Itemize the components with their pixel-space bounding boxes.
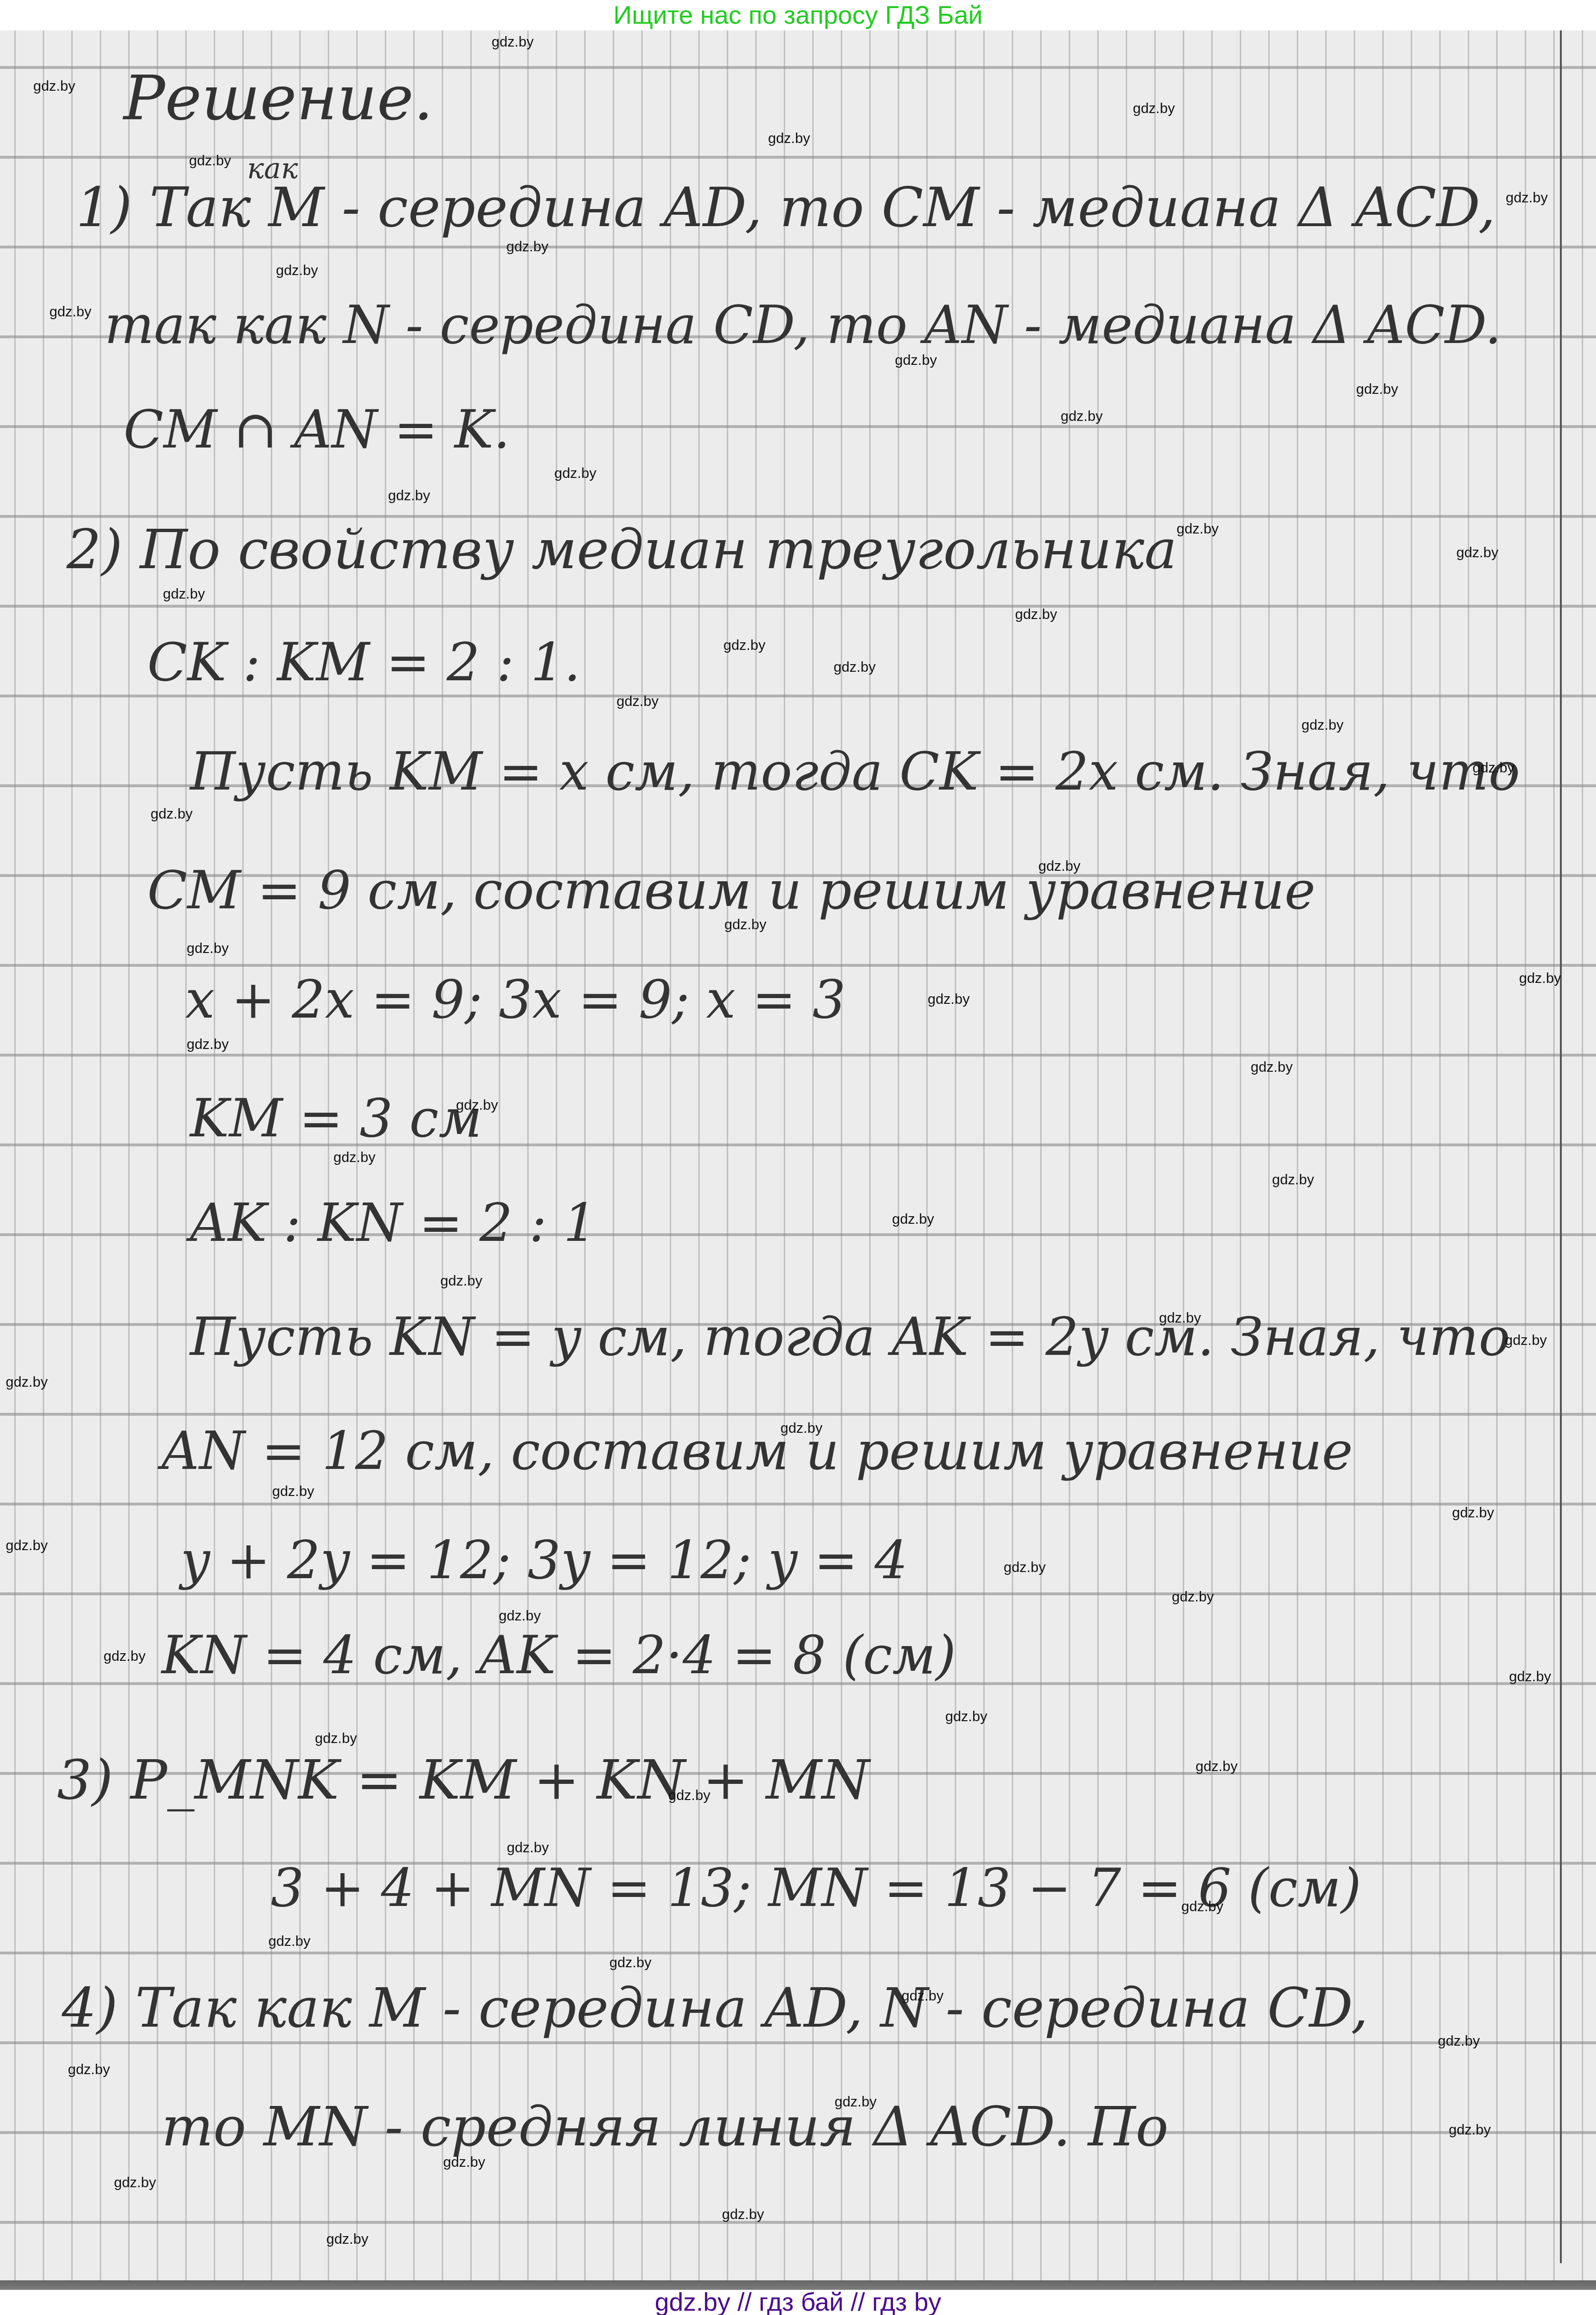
watermark: gdz.by [1452, 1505, 1494, 1521]
solution-line: KN = 4 см, AK = 2·4 = 8 (см) [161, 1625, 956, 1686]
solution-line: 4) Так как M - середина AD, N - середина… [62, 1976, 1368, 2040]
watermark: gdz.by [1456, 545, 1498, 561]
watermark: gdz.by [1015, 607, 1057, 623]
watermark: gdz.by [834, 659, 875, 676]
solution-line: Пусть KN = y см, тогда AK = 2y см. Зная,… [190, 1306, 1510, 1367]
watermark: gdz.by [902, 1988, 943, 2004]
watermark: gdz.by [6, 1374, 47, 1391]
watermark: gdz.by [315, 1731, 357, 1747]
watermark: gdz.by [276, 263, 318, 279]
watermark: gdz.by [33, 78, 75, 95]
watermark: gdz.by [1506, 190, 1548, 206]
watermark: gdz.by [668, 1788, 710, 1804]
watermark: gdz.by [1181, 1899, 1223, 1915]
watermark: gdz.by [1177, 521, 1218, 537]
watermark: gdz.by [609, 1955, 651, 1971]
watermark: gdz.by [1038, 858, 1080, 875]
watermark: gdz.by [1061, 409, 1102, 425]
watermark: gdz.by [492, 34, 533, 50]
watermark: gdz.by [456, 1097, 498, 1114]
solution-line: Пусть KM = x см, тогда CK = 2x см. Зная,… [190, 741, 1520, 802]
solution-title: Решение. [123, 62, 433, 134]
watermark: gdz.by [499, 1608, 541, 1624]
watermark: gdz.by [114, 2175, 156, 2191]
watermark: gdz.by [163, 586, 205, 602]
watermark: gdz.by [1196, 1759, 1237, 1775]
solution-line: AN = 12 см, составим и решим уравнение [161, 1420, 1353, 1481]
solution-line: так как N - середина CD, то AN - медиана… [104, 295, 1501, 355]
watermark: gdz.by [1004, 1560, 1045, 1576]
watermark: gdz.by [1472, 760, 1514, 776]
watermark: gdz.by [768, 131, 810, 147]
watermark: gdz.by [68, 2062, 110, 2078]
watermark: gdz.by [1449, 2122, 1491, 2138]
watermark: gdz.by [892, 1211, 934, 1228]
watermark: gdz.by [835, 2094, 876, 2110]
watermark: gdz.by [945, 1709, 987, 1725]
watermark: gdz.by [443, 2154, 485, 2171]
watermark: gdz.by [617, 694, 658, 710]
watermark: gdz.by [1251, 1059, 1292, 1076]
solution-line: 1) Так M - середина AD, то CM - медиана … [76, 176, 1496, 239]
watermark: gdz.by [388, 488, 430, 504]
watermark: gdz.by [1519, 971, 1561, 987]
watermark: gdz.by [1438, 2033, 1480, 2049]
watermark: gdz.by [268, 1934, 310, 1950]
top-banner: Ищите нас по запросу ГДЗ Бай [0, 0, 1596, 30]
solution-line: CM ∩ AN = K. [123, 399, 510, 460]
solution-line: 2) По свойству медиан треугольника [66, 518, 1177, 581]
watermark: gdz.by [1159, 1310, 1201, 1326]
watermark: gdz.by [6, 1538, 47, 1554]
watermark: gdz.by [187, 1037, 228, 1053]
watermark: gdz.by [895, 352, 937, 369]
watermark: gdz.by [554, 466, 596, 482]
notebook-page [0, 30, 1596, 2287]
watermark: gdz.by [1272, 1172, 1314, 1188]
watermark: gdz.by [1133, 101, 1175, 117]
watermark: gdz.by [780, 1420, 822, 1437]
solution-line: CK : KM = 2 : 1. [147, 632, 580, 693]
watermark: gdz.by [440, 1273, 482, 1289]
solution-line: y + 2y = 12; 3y = 12; y = 4 [180, 1530, 908, 1591]
watermark: gdz.by [151, 806, 192, 822]
solution-line: KM = 3 см [190, 1088, 482, 1149]
watermark: gdz.by [1509, 1669, 1551, 1685]
watermark: gdz.by [928, 991, 969, 1008]
watermark: gdz.by [1172, 1589, 1214, 1605]
watermark: gdz.by [189, 153, 231, 169]
watermark: gdz.by [104, 1648, 145, 1665]
watermark: gdz.by [724, 917, 766, 933]
watermark: gdz.by [326, 2231, 368, 2248]
solution-line: 3) P_MNK = KM + KN + MN [57, 1748, 870, 1812]
solution-line: CM = 9 см, составим и решим уравнение [147, 860, 1315, 921]
watermark: gdz.by [506, 239, 548, 255]
solution-line: x + 2x = 9; 3x = 9; x = 3 [185, 969, 846, 1030]
watermark: gdz.by [507, 1840, 549, 1856]
solution-line: AK : KN = 2 : 1 [190, 1192, 597, 1253]
watermark: gdz.by [722, 2207, 764, 2223]
margin-line [1560, 30, 1562, 2263]
bottom-banner: gdz.by // гдз бай // гдз by [0, 2290, 1596, 2315]
solution-line: то MN - средняя линия Δ ACD. По [161, 2095, 1168, 2159]
watermark: gdz.by [187, 941, 228, 957]
watermark: gdz.by [272, 1484, 314, 1500]
watermark: gdz.by [49, 304, 91, 320]
watermark: gdz.by [1301, 717, 1343, 734]
watermark: gdz.by [1356, 381, 1398, 398]
watermark: gdz.by [723, 638, 765, 654]
watermark: gdz.by [1505, 1333, 1547, 1349]
watermark: gdz.by [333, 1150, 375, 1166]
